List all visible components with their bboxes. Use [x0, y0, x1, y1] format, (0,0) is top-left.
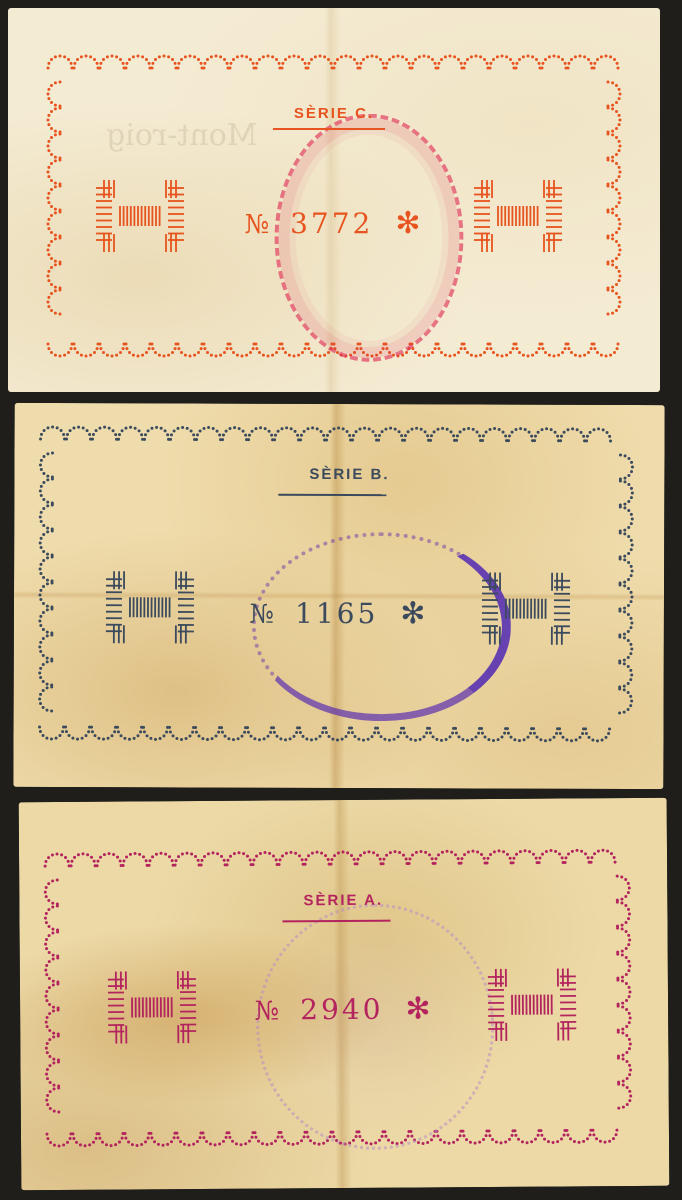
serial-number-row: №3772✻: [8, 206, 660, 241]
asterisk-ornament: ✻: [405, 991, 433, 1026]
number-sign: №: [244, 210, 272, 240]
series-label: SÈRIE C.: [8, 105, 660, 122]
show-through-text: Mont-roig: [106, 118, 258, 153]
banknote-serie-c: Mont-roig SÈRIE C. №3772✻: [8, 8, 660, 392]
serial-number: 2940: [300, 993, 383, 1027]
number-sign: №: [249, 600, 277, 630]
serial-number: 3772: [290, 207, 373, 240]
number-sign: №: [255, 996, 283, 1026]
series-underline: [278, 494, 386, 496]
serial-number-row: №1165✻: [14, 595, 665, 632]
banknote-serie-b: SÈRIE B. №1165✻: [13, 403, 664, 789]
series-underline: [273, 128, 385, 130]
serial-number-row: №2940✻: [20, 990, 669, 1030]
serial-number: 1165: [295, 597, 378, 630]
series-label: SÈRIE B.: [14, 465, 664, 484]
asterisk-ornament: ✻: [400, 596, 428, 631]
banknote-serie-a: SÈRIE A. №2940✻: [19, 798, 670, 1191]
asterisk-ornament: ✻: [395, 206, 423, 241]
